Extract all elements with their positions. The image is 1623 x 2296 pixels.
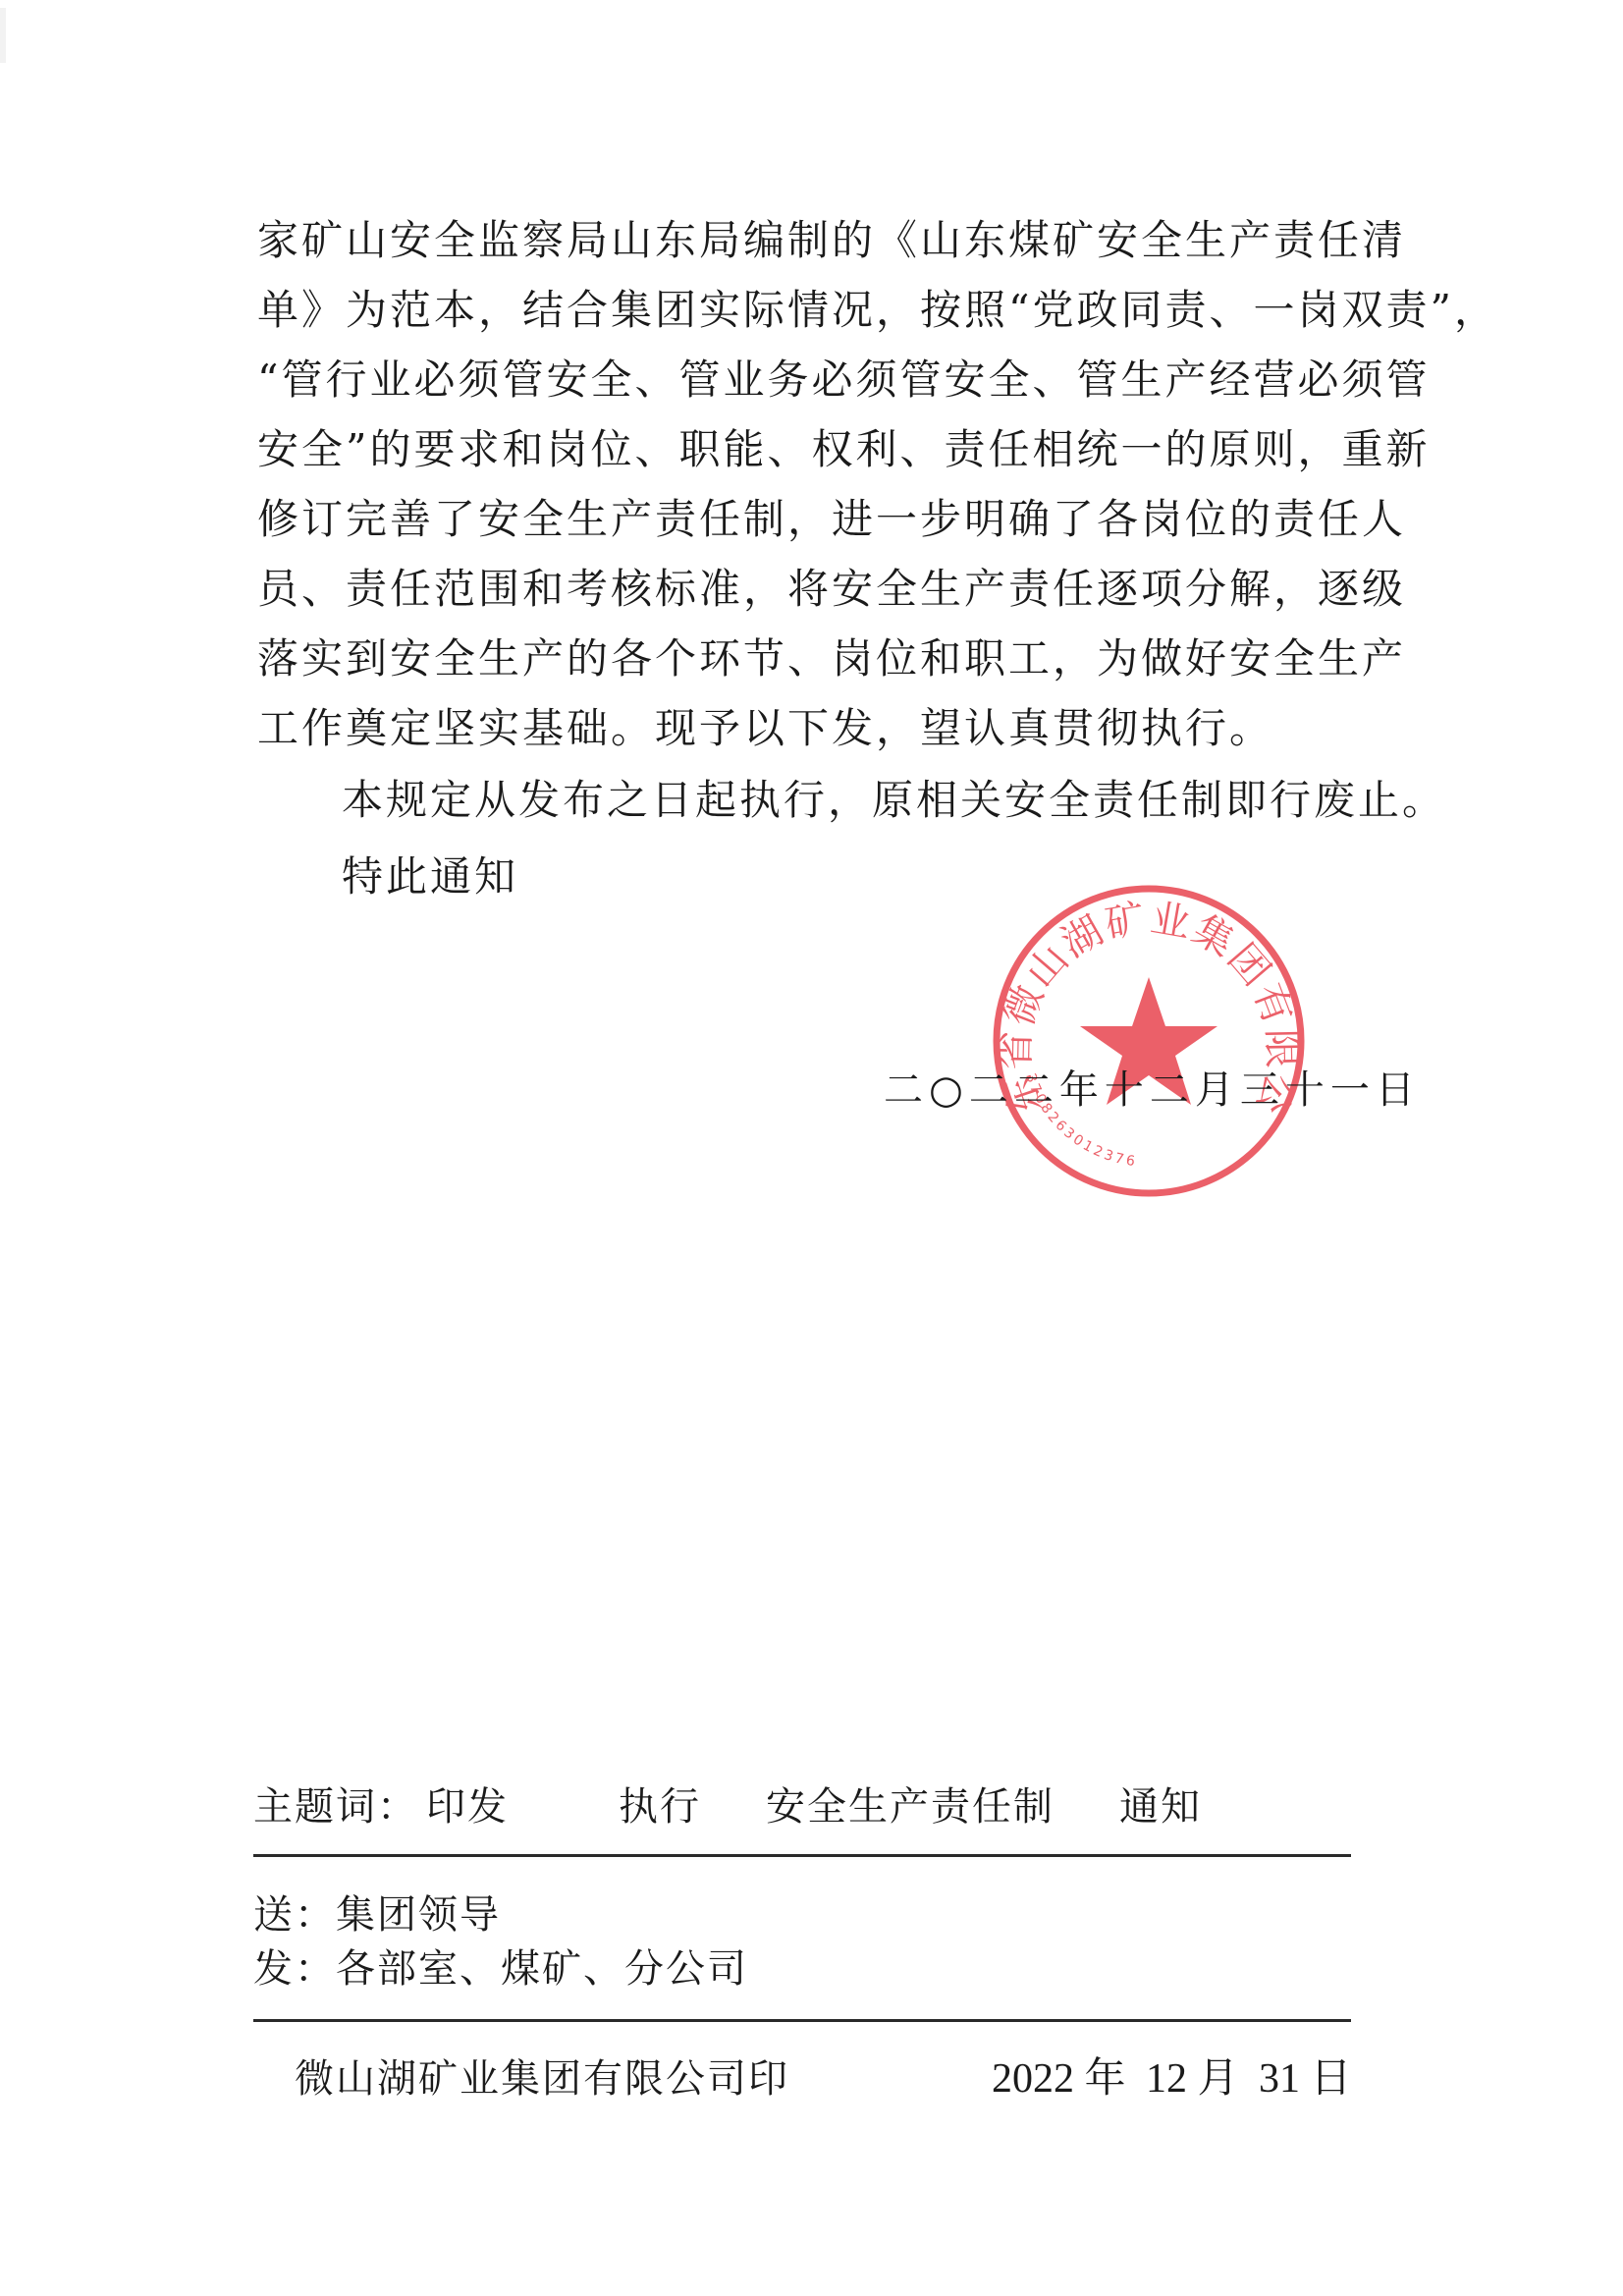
printing-date-month: 12 月 [1146, 2056, 1239, 2102]
body-text-line: 单》为范本，结合集团实际情况，按照“党政同责、一岗双责”， [257, 286, 1357, 335]
body-text-line: “管行业必须管安全、管业务必须管安全、管生产经营必须管 [257, 355, 1357, 405]
body-text-line: 修订完善了安全生产责任制，进一步明确了各岗位的责任人 [257, 495, 1357, 544]
divider-line [253, 2019, 1351, 2022]
document-page: 家矿山安全监察局山东局编制的《山东煤矿安全生产责任清 单》为范本，结合集团实际情… [0, 0, 1623, 2296]
signature-date: 二○二二年十二月三十一日 [884, 1066, 1421, 1115]
keyword-item: 执行 [619, 1782, 701, 1831]
body-text-line: 落实到安全生产的各个环节、岗位和职工，为做好安全生产 [257, 634, 1357, 683]
keyword-item: 通知 [1119, 1782, 1202, 1831]
keywords-label: 主题词： [253, 1782, 418, 1831]
closing-phrase: 特此通知 [342, 852, 518, 902]
printing-date: 2022 年 12 月 31 日 [992, 2054, 1352, 2104]
send-to-line: 送：集团领导 [253, 1890, 501, 1940]
divider-line [253, 1854, 1351, 1857]
body-text-line: 员、责任范围和考核标准，将安全生产责任逐项分解，逐级 [257, 565, 1357, 614]
body-text-line: 工作奠定坚实基础。现予以下发，望认真贯彻执行。 [257, 704, 1273, 753]
printing-date-day: 31 日 [1259, 2056, 1352, 2102]
official-seal-stamp: 山东省微山湖矿业集团有限公司 3708263012376 [987, 879, 1311, 1203]
body-text-line: 家矿山安全监察局山东局编制的《山东煤矿安全生产责任清 [257, 216, 1357, 265]
printing-issuer: 微山湖矿业集团有限公司印 [295, 2054, 789, 2104]
scan-edge-mark [0, 8, 6, 63]
keyword-item: 安全生产责任制 [766, 1782, 1055, 1831]
subject-keywords: 主题词： 印发 执行 安全生产责任制 通知 [253, 1782, 1202, 1831]
keyword-item: 印发 [426, 1782, 509, 1831]
body-text-line: 安全”的要求和岗位、职能、权利、责任相统一的原则，重新 [257, 425, 1357, 474]
effective-clause: 本规定从发布之日起执行，原相关安全责任制即行废止。 [342, 776, 1446, 825]
issue-to-line: 发：各部室、煤矿、分公司 [253, 1944, 748, 1994]
printing-date-year: 2022 年 [992, 2056, 1126, 2102]
